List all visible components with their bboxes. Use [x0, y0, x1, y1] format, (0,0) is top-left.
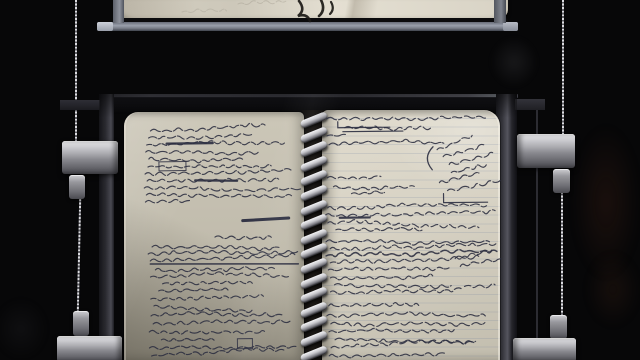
notebook-display-photo — [0, 0, 640, 360]
cable-right-lower — [561, 192, 563, 316]
support-arm-right — [515, 99, 545, 110]
top-rail-right-cap — [503, 22, 518, 31]
standoff-left-bottom — [57, 336, 122, 360]
ferrule-right-top — [553, 169, 570, 193]
background-shelf-glow-lower — [586, 252, 640, 327]
background-shadow — [0, 298, 48, 360]
standoff-right-bottom — [513, 338, 576, 360]
ferrule-right-bottom — [550, 315, 567, 339]
top-case-right-edge — [494, 0, 506, 23]
ferrule-left-top — [69, 175, 85, 199]
cable-right-upper — [562, 0, 564, 135]
notebook-right-page — [322, 110, 500, 360]
ferrule-left-bottom — [73, 311, 89, 336]
standoff-left-top — [62, 141, 118, 174]
cable-left-lower — [77, 199, 82, 312]
cable-left-upper — [75, 0, 77, 142]
standoff-right-top — [517, 134, 575, 168]
notebook-left-page — [124, 112, 304, 360]
background-shelf-glow — [572, 125, 640, 280]
support-arm-left — [60, 100, 100, 110]
top-case-bottom-rail — [97, 22, 518, 31]
top-case-left-edge — [113, 0, 124, 23]
top-rail-left-cap — [97, 22, 113, 31]
background-reflection — [490, 36, 538, 88]
main-case-left-edge — [99, 94, 114, 360]
